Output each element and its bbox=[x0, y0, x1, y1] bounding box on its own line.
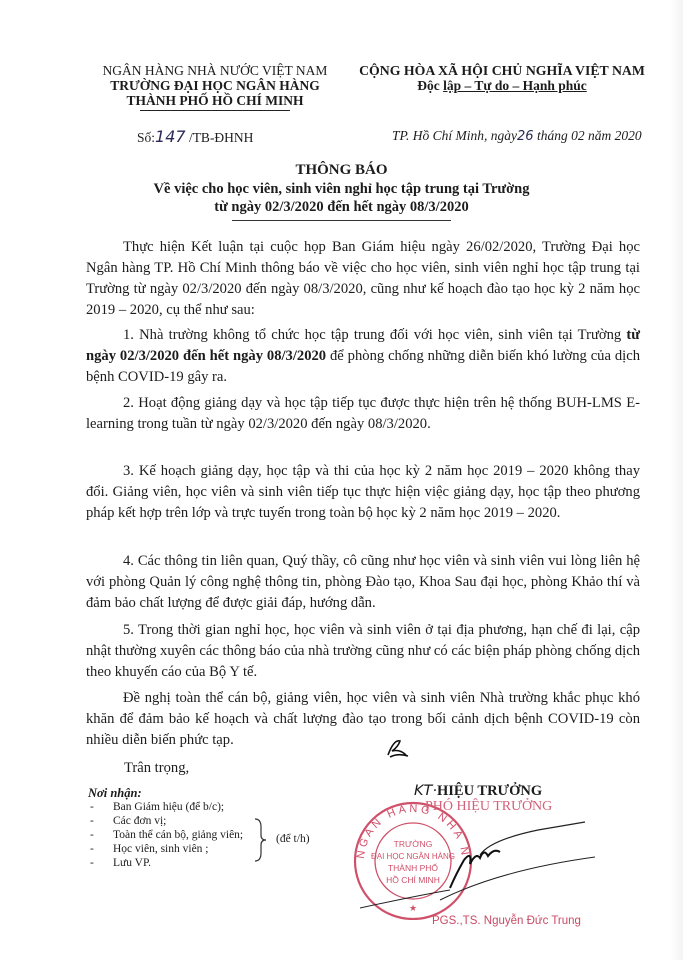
dash: - bbox=[90, 828, 94, 842]
date-line: TP. Hồ Chí Minh, ngày26 tháng 02 năm 202… bbox=[392, 128, 642, 144]
document-subtitle-line1: Về việc cho học viên, sinh viên nghỉ học… bbox=[0, 181, 683, 198]
kt-handwritten: KT· bbox=[414, 783, 437, 799]
intro-text: Thực hiện Kết luận tại cuộc họp Ban Giám… bbox=[86, 237, 640, 321]
dash: - bbox=[90, 814, 94, 828]
country-name: CỘNG HÒA XÃ HỘI CHỦ NGHĨA VIỆT NAM bbox=[352, 63, 652, 78]
item-3-text: 3. Kế hoạch giảng dạy, học tập và thi củ… bbox=[86, 461, 640, 524]
intro-paragraph: Thực hiện Kết luận tại cuộc họp Ban Giám… bbox=[86, 237, 640, 321]
closing-salutation: Trân trọng, bbox=[124, 760, 189, 777]
recipient-item: -Toàn thể cán bộ, giảng viên; bbox=[88, 828, 243, 842]
title-underline bbox=[232, 220, 451, 221]
item-5-text: 5. Trong thời gian nghỉ học, học viên và… bbox=[86, 620, 640, 683]
recipient-label: Học viên, sinh viên ; bbox=[113, 843, 209, 855]
date-prefix: TP. Hồ Chí Minh, ngày bbox=[392, 128, 517, 143]
recipient-item: -Ban Giám hiệu (để b/c); bbox=[88, 800, 243, 814]
recipient-label: Ban Giám hiệu (để b/c); bbox=[113, 801, 224, 813]
item-4-text: 4. Các thông tin liên quan, Quý thầy, cô… bbox=[86, 551, 640, 614]
recipient-item: -Lưu VP. bbox=[88, 856, 243, 870]
recipients-heading: Nơi nhận: bbox=[88, 786, 243, 800]
dash: - bbox=[90, 800, 94, 814]
recipient-label: Lưu VP. bbox=[113, 857, 151, 869]
item-5: 5. Trong thời gian nghỉ học, học viên và… bbox=[86, 620, 640, 683]
doc-number-handwritten: 147 bbox=[155, 127, 186, 146]
dash: - bbox=[90, 856, 94, 870]
right-brace-icon bbox=[252, 817, 268, 863]
date-suffix: tháng 02 năm 2020 bbox=[534, 128, 642, 143]
motto-underlined: lập – Tự do – Hạnh phúc bbox=[443, 78, 587, 93]
item-1: 1. Nhà trường không tổ chức học tập trun… bbox=[86, 325, 640, 388]
doc-number-suffix: /TB-ĐHNH bbox=[186, 130, 254, 145]
item-3: 3. Kế hoạch giảng dạy, học tập và thi củ… bbox=[86, 461, 640, 524]
motto: Độc lập – Tự do – Hạnh phúc bbox=[352, 78, 652, 93]
signer-name: PGS.,TS. Nguyễn Đức Trung bbox=[432, 915, 581, 927]
recipient-item: -Học viên, sinh viên ; bbox=[88, 842, 243, 856]
conclusion-text: Đề nghị toàn thể cán bộ, giảng viên, học… bbox=[86, 688, 640, 751]
doc-number-prefix: Số: bbox=[137, 130, 155, 145]
document-number: Số:147 /TB-ĐHNH bbox=[137, 127, 253, 146]
item-4: 4. Các thông tin liên quan, Quý thầy, cô… bbox=[86, 551, 640, 614]
document-subtitle-line2: từ ngày 02/3/2020 đến hết ngày 08/3/2020 bbox=[0, 199, 683, 216]
school-name-line1: TRƯỜNG ĐẠI HỌC NGÂN HÀNG bbox=[80, 78, 350, 93]
parent-agency: NGÂN HÀNG NHÀ NƯỚC VIỆT NAM bbox=[80, 63, 350, 78]
recipients-list: Nơi nhận: -Ban Giám hiệu (để b/c); -Các … bbox=[88, 786, 243, 870]
issuer-header: NGÂN HÀNG NHÀ NƯỚC VIỆT NAM TRƯỜNG ĐẠI H… bbox=[80, 63, 350, 111]
item-2-text: 2. Hoạt động giảng dạy và học tập tiếp t… bbox=[86, 393, 640, 435]
item-2: 2. Hoạt động giảng dạy và học tập tiếp t… bbox=[86, 393, 640, 435]
recipient-item: -Các đơn vị; bbox=[88, 814, 243, 828]
conclusion-paragraph: Đề nghị toàn thể cán bộ, giảng viên, học… bbox=[86, 688, 640, 751]
recipient-label: Toàn thể cán bộ, giảng viên; bbox=[113, 829, 243, 841]
header-underline bbox=[140, 110, 290, 111]
item-1-text: 1. Nhà trường không tổ chức học tập trun… bbox=[86, 325, 640, 388]
recipient-label: Các đơn vị; bbox=[113, 815, 166, 827]
initial-mark-icon bbox=[384, 735, 414, 759]
national-header: CỘNG HÒA XÃ HỘI CHỦ NGHĨA VIỆT NAM Độc l… bbox=[352, 63, 652, 93]
document-title: THÔNG BÁO bbox=[0, 162, 683, 179]
item-1-before: 1. Nhà trường không tổ chức học tập trun… bbox=[123, 327, 626, 343]
date-day-handwritten: 26 bbox=[517, 129, 534, 144]
signatory-title: KT·HIỆU TRƯỞNG bbox=[414, 783, 542, 800]
school-name-line2: THÀNH PHỐ HỒ CHÍ MINH bbox=[80, 93, 350, 108]
handwritten-signature-icon bbox=[360, 800, 600, 910]
dash: - bbox=[90, 842, 94, 856]
page-edge-shadow bbox=[670, 0, 683, 960]
group-note: (để t/h) bbox=[276, 833, 310, 845]
motto-prefix: Độc bbox=[417, 78, 443, 93]
signatory-title-text: HIỆU TRƯỞNG bbox=[437, 783, 542, 799]
